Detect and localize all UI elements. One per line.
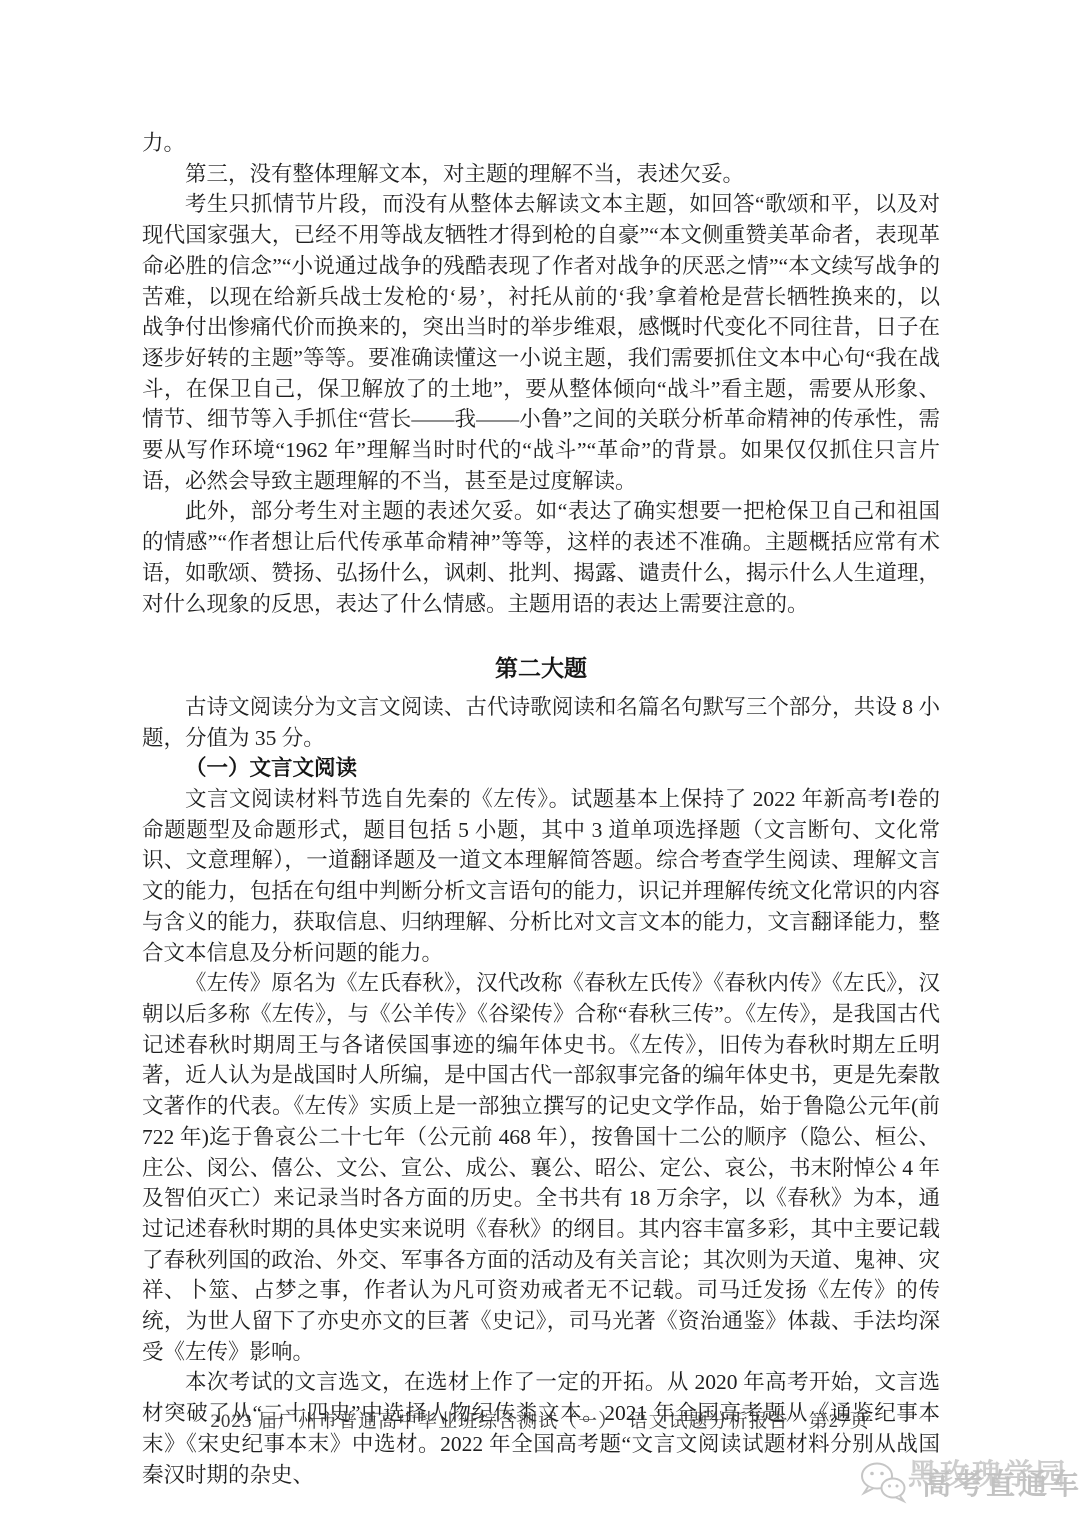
paragraph: 《左传》原名为《左氏春秋》，汉代改称《春秋左氏传》《春秋内传》《左氏》，汉朝以后… [142, 968, 940, 1367]
document-page: 力。 第三，没有整体理解文本，对主题的理解不当，表述欠妥。 考生只抓情节片段，而… [0, 0, 1080, 1527]
paragraph: 古诗文阅读分为文言文阅读、古代诗歌阅读和名篇名句默写三个部分，共设 8 小题，分… [142, 692, 940, 753]
watermark-text-secondary: 高考直通车 [922, 1462, 1080, 1503]
sub-section-heading: （一）文言文阅读 [142, 753, 940, 784]
paragraph: 文言文阅读材料节选自先秦的《左传》。试题基本上保持了 2022 年新高考Ⅰ卷的命… [142, 784, 940, 968]
page-footer: 2023 届广州市普通高中毕业班综合测试（一） 语文试题分析报告 第27页 [0, 1406, 1080, 1433]
paragraph: 此外，部分考生对主题的表述欠妥。如“表达了确实想要一把枪保卫自己和祖国的情感”“… [142, 496, 940, 619]
paragraph-continuation: 力。 [142, 128, 940, 159]
section-heading: 第二大题 [142, 653, 940, 684]
paragraph: 考生只抓情节片段，而没有从整体去解读文本主题，如回答“歌颂和平，以及对现代国家强… [142, 189, 940, 496]
paragraph: 第三，没有整体理解文本，对主题的理解不当，表述欠妥。 [142, 159, 940, 190]
document-body: 力。 第三，没有整体理解文本，对主题的理解不当，表述欠妥。 考生只抓情节片段，而… [142, 128, 940, 1490]
